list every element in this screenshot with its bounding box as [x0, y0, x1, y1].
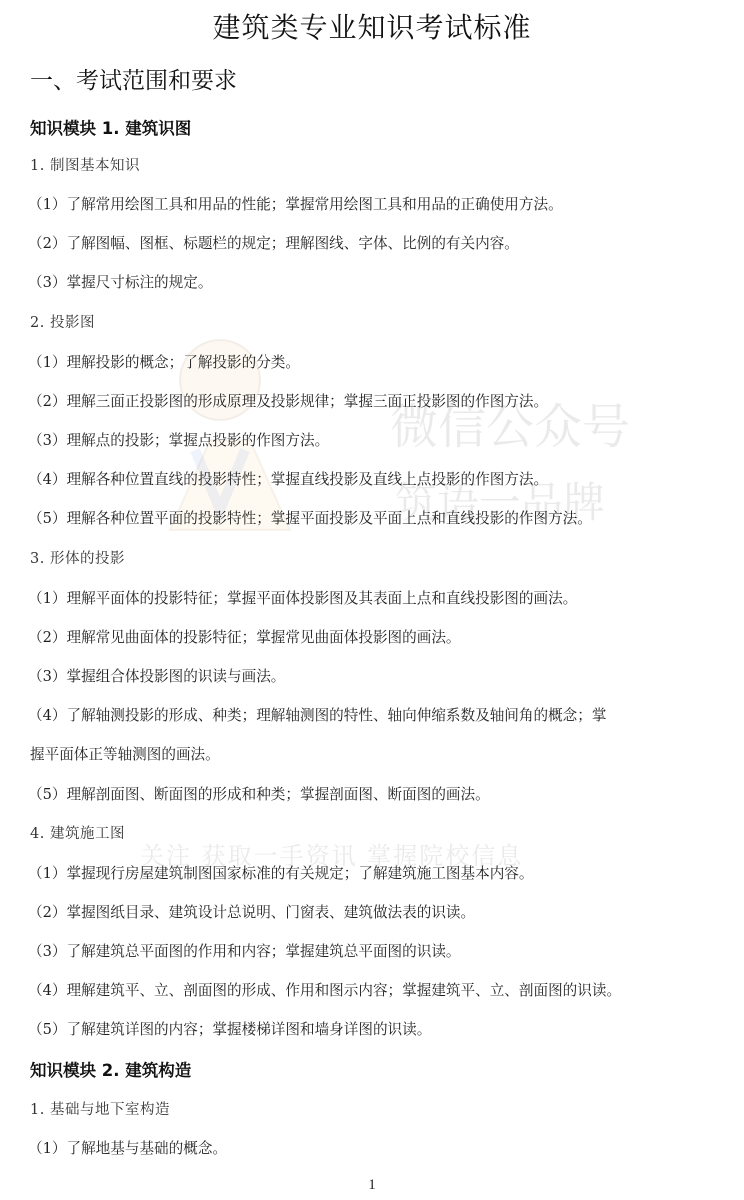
topic-heading: 4. 建筑施工图 — [30, 822, 125, 843]
topic-heading: 1. 基础与地下室构造 — [30, 1098, 170, 1119]
module-heading: 知识模块 2. 建筑构造 — [30, 1057, 191, 1081]
list-item-continuation: 握平面体正等轴测图的画法。 — [30, 743, 220, 764]
list-item: （5）了解建筑详图的内容；掌握楼梯详图和墙身详图的识读。 — [28, 1018, 730, 1039]
module-heading: 知识模块 1. 建筑识图 — [30, 115, 191, 139]
list-item: （1）了解常用绘图工具和用品的性能；掌握常用绘图工具和用品的正确使用方法。 — [28, 193, 730, 214]
list-item: （4）理解各种位置直线的投影特性；掌握直线投影及直线上点投影的作图方法。 — [28, 468, 730, 489]
list-item: （1）理解平面体的投影特征；掌握平面体投影图及其表面上点和直线投影图的画法。 — [28, 587, 730, 608]
list-item: （3）理解点的投影；掌握点投影的作图方法。 — [28, 429, 730, 450]
list-item: （2）了解图幅、图框、标题栏的规定；理解图线、字体、比例的有关内容。 — [28, 232, 730, 253]
topic-heading: 1. 制图基本知识 — [30, 154, 140, 175]
list-item: （1）了解地基与基础的概念。 — [28, 1137, 730, 1158]
list-item: （5）理解各种位置平面的投影特性；掌握平面投影及平面上点和直线投影的作图方法。 — [28, 507, 730, 528]
list-item: （2）掌握图纸目录、建筑设计总说明、门窗表、建筑做法表的识读。 — [28, 901, 730, 922]
list-item: （1）理解投影的概念；了解投影的分类。 — [28, 351, 730, 372]
list-item: （2）理解常见曲面体的投影特征；掌握常见曲面体投影图的画法。 — [28, 626, 730, 647]
list-item: （3）掌握组合体投影图的识读与画法。 — [28, 665, 730, 686]
topic-heading: 2. 投影图 — [30, 311, 95, 332]
list-item: （3）掌握尺寸标注的规定。 — [28, 271, 730, 292]
list-item: （4）理解建筑平、立、剖面图的形成、作用和图示内容；掌握建筑平、立、剖面图的识读… — [28, 979, 730, 1000]
page-number: 1 — [0, 1177, 744, 1194]
list-item: （3）了解建筑总平面图的作用和内容；掌握建筑总平面图的识读。 — [28, 940, 730, 961]
topic-heading: 3. 形体的投影 — [30, 547, 125, 568]
document-page: 微信公众号 筑语一品牌 关注 获取一手资讯 掌握院校信息 建筑类专业知识考试标准… — [0, 0, 744, 1200]
section-heading: 一、考试范围和要求 — [30, 62, 237, 95]
document-title: 建筑类专业知识考试标准 — [0, 6, 744, 46]
list-item: （4）了解轴测投影的形成、种类；理解轴测图的特性、轴向伸缩系数及轴间角的概念；掌 — [28, 704, 730, 725]
list-item: （2）理解三面正投影图的形成原理及投影规律；掌握三面正投影图的作图方法。 — [28, 390, 730, 411]
list-item: （1）掌握现行房屋建筑制图国家标准的有关规定；了解建筑施工图基本内容。 — [28, 862, 730, 883]
list-item: （5）理解剖面图、断面图的形成和种类；掌握剖面图、断面图的画法。 — [28, 783, 730, 804]
